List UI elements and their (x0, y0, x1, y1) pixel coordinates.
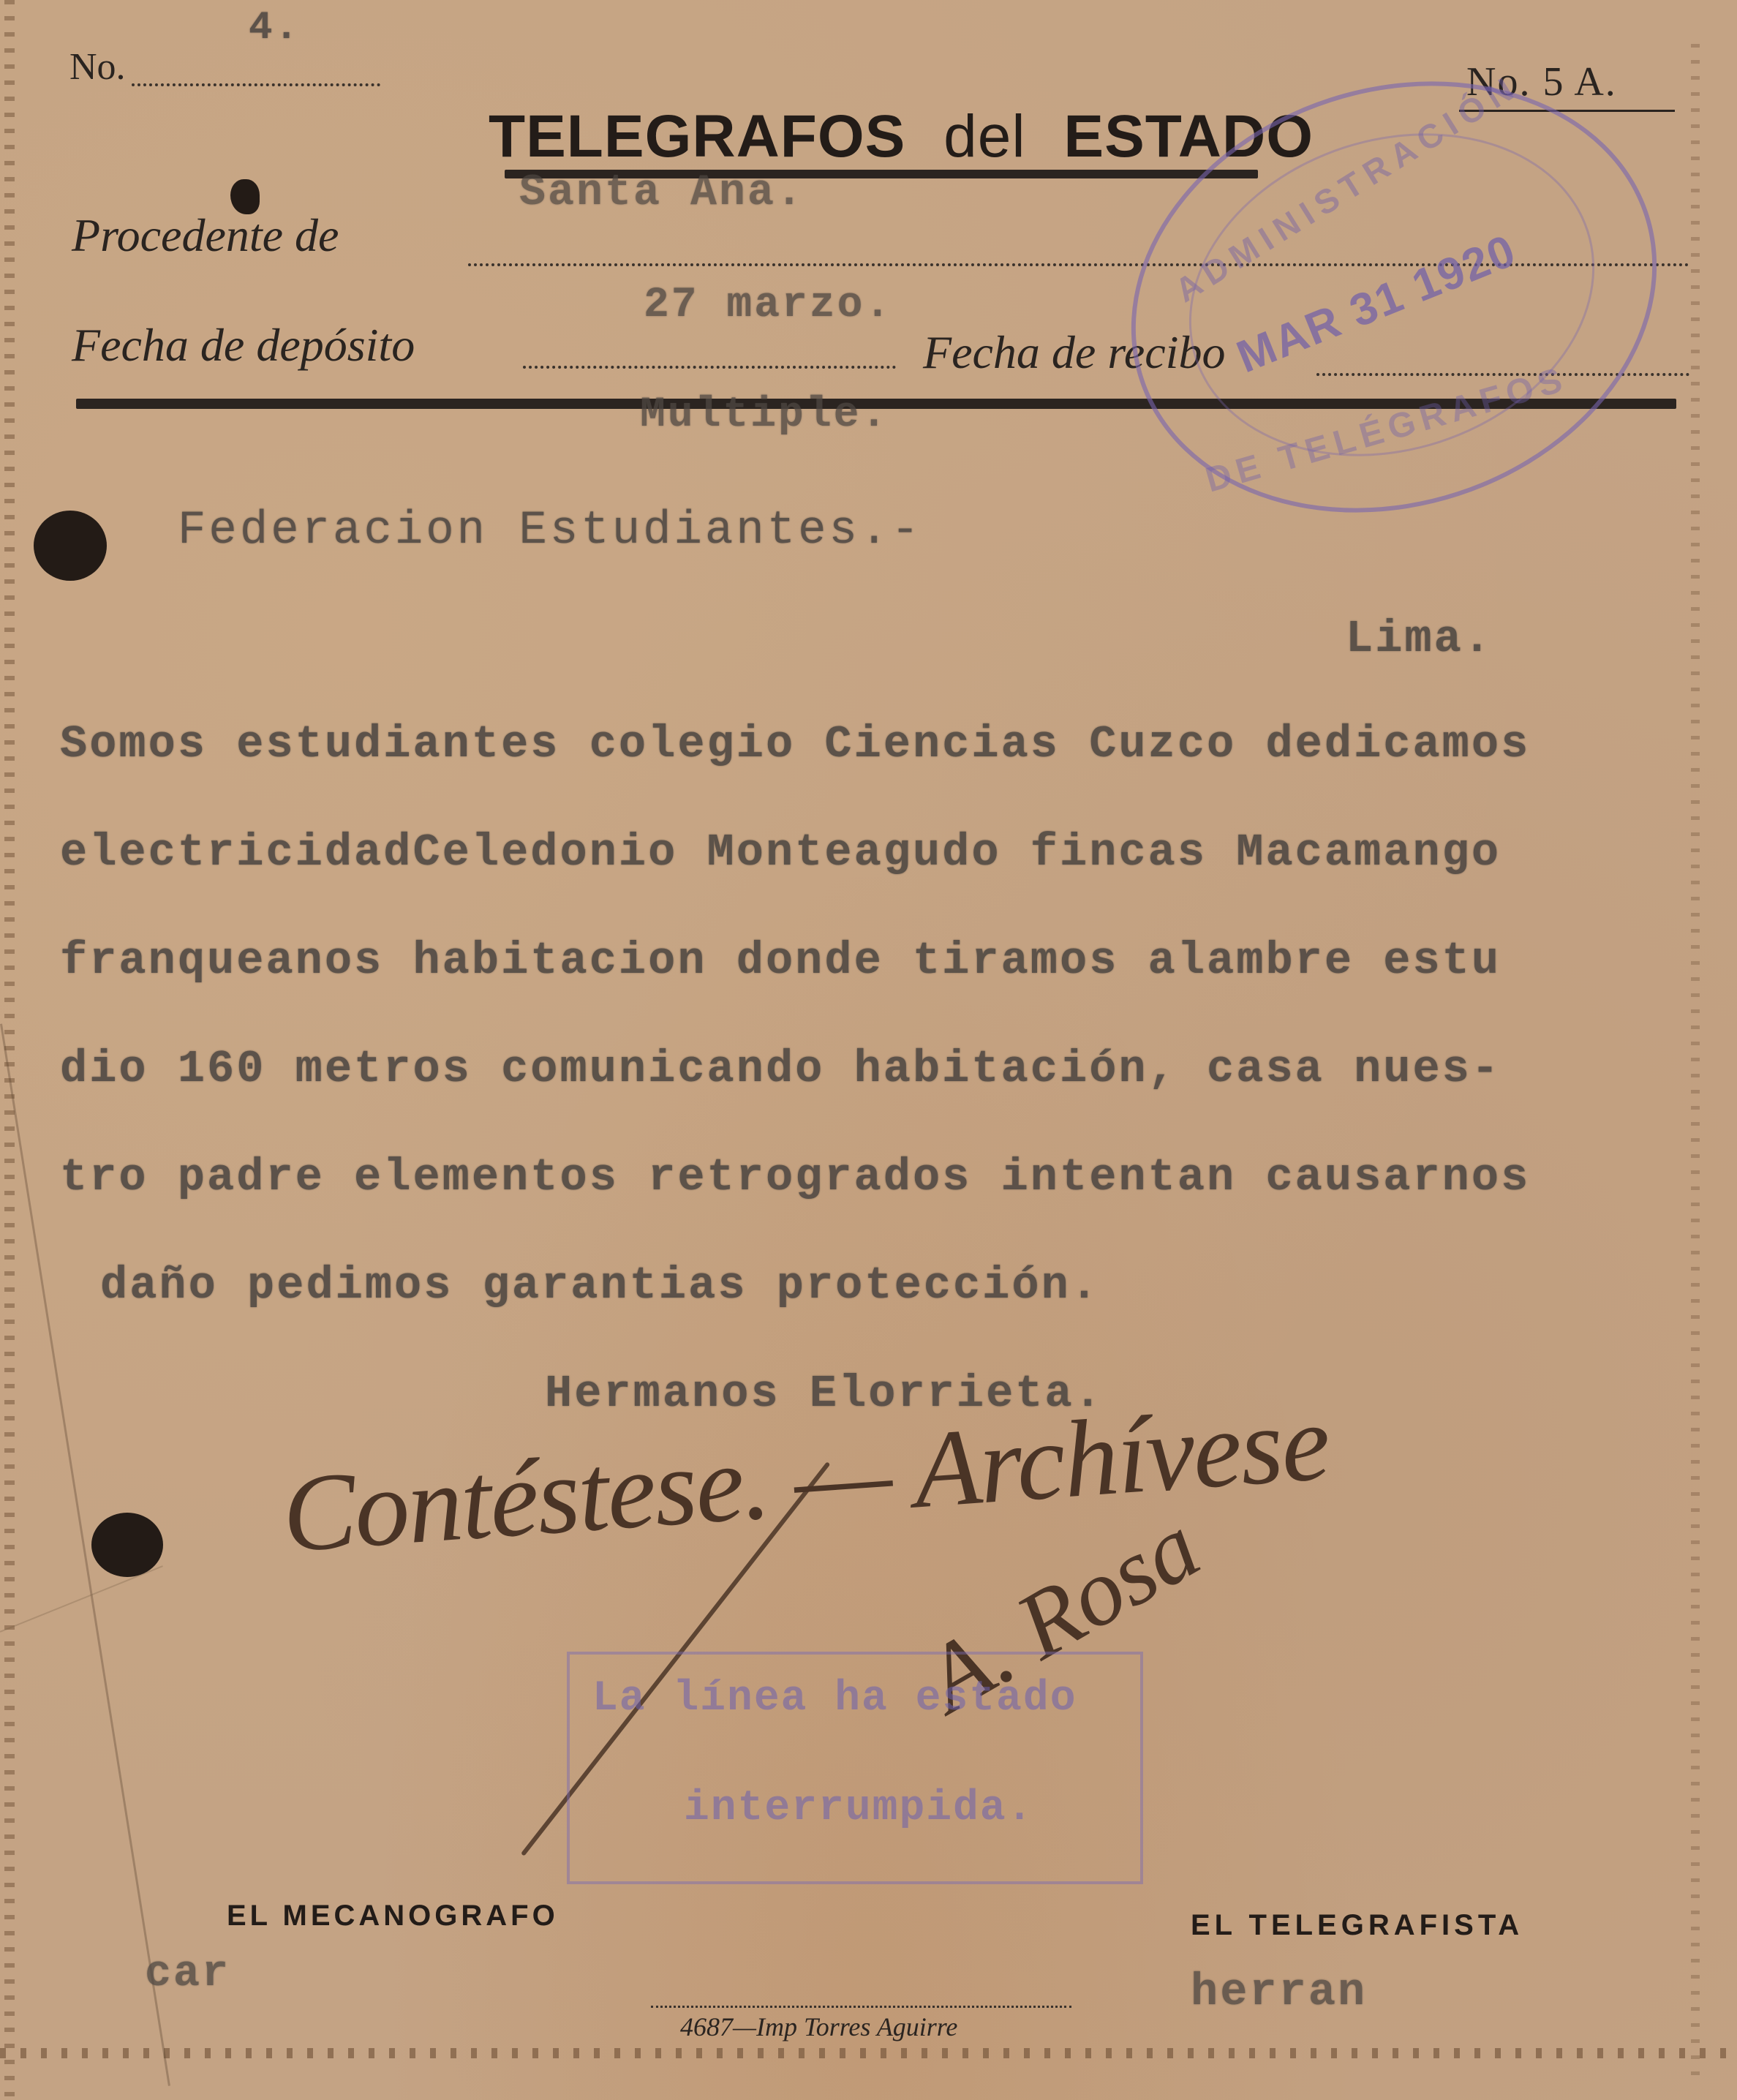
tipo-value: Multiple. (640, 391, 889, 439)
box-stamp-line1: La línea ha estado (592, 1675, 1077, 1723)
title-telegrafos: TELEGRAFOS (489, 103, 905, 170)
message-line: franqueanos habitacion donde tiramos ala… (60, 935, 1691, 1043)
procedente-label: Procedente de (72, 208, 339, 263)
recipient: Federacion Estudiantes.- (178, 505, 922, 557)
fecha-deposito-dots (523, 366, 896, 369)
procedente-value: Santa Ana. (519, 168, 805, 218)
message-body: Somos estudiantes colegio Ciencias Cuzco… (60, 718, 1691, 1368)
message-line: dio 160 metros comunicando habitación, c… (60, 1043, 1691, 1151)
punch-hole-middle (34, 511, 107, 581)
telegrafista-label: EL TELEGRAFISTA (1191, 1909, 1523, 1942)
message-line: tro padre elementos retrogrados intentan… (60, 1151, 1691, 1260)
mecanografo-label: EL MECANOGRAFO (227, 1900, 559, 1932)
form-number-label: No. (69, 46, 126, 88)
form-number-dots (132, 83, 380, 86)
box-stamp-line2: interrumpida. (684, 1785, 1033, 1832)
form-number: No. (69, 45, 126, 89)
printer-rule (651, 2006, 1071, 2008)
punch-hole-lower (91, 1513, 163, 1577)
message-line: daño pedimos garantias protección. (60, 1260, 1691, 1368)
perforated-right-edge (1691, 44, 1700, 2077)
fold-crease-secondary (0, 1565, 163, 1633)
form-number-value: 4. (249, 6, 301, 50)
perforated-bottom-edge (0, 2048, 1737, 2058)
title-del: del (943, 103, 1025, 170)
recipient-city: Lima. (1346, 613, 1493, 665)
mecanografo-value: car (145, 1949, 230, 1999)
fecha-deposito-value: 27 marzo. (644, 282, 892, 329)
message-line: electricidadCeledonio Monteagudo fincas … (60, 827, 1691, 935)
fecha-deposito-label: Fecha de depósito (72, 318, 415, 372)
message-line: Somos estudiantes colegio Ciencias Cuzco… (60, 718, 1691, 827)
page-title: TELEGRAFOS del ESTADO (489, 102, 1314, 171)
printer-imprint: 4687—Imp Torres Aguirre (680, 2011, 957, 2042)
telegrafista-value: herran (1191, 1966, 1367, 2018)
